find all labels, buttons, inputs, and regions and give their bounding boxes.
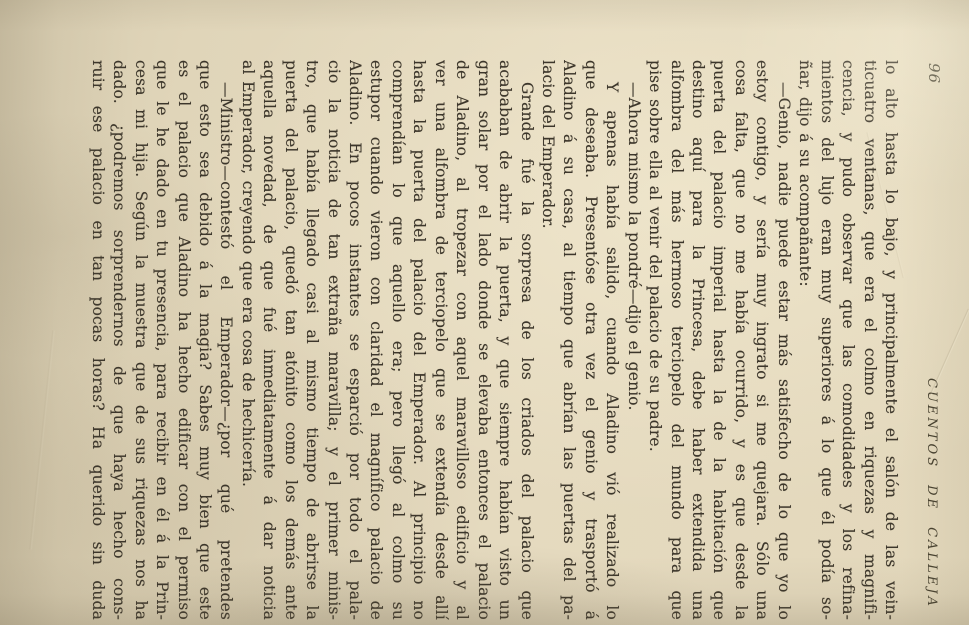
text-line: cesa mi hija. Según la muestra que de su…	[129, 60, 150, 620]
text-line: al Emperador, creyendo que era cosa de h…	[236, 60, 257, 620]
book-page-rotated: 96 CUENTOS DE CALLEJA lo alto hasta lo b…	[0, 0, 969, 625]
text-line: lo alto hasta lo bajo, y principalmente …	[880, 60, 901, 620]
text-line: hasta la puerta del palacio del Emperado…	[408, 60, 429, 620]
text-line: que esto sea debido á la magia? Sabes mu…	[194, 60, 215, 620]
text-line: —Ministro—contestó el Emperador—¿por qué…	[215, 60, 236, 620]
text-line: dado. ¿podremos sorprendernos de que hay…	[108, 60, 129, 620]
text-line: ticuatro ventanas, que era el colmo en r…	[858, 60, 879, 620]
text-line: estoy contigo, y sería muy ingrato si me…	[751, 60, 772, 620]
page-body: lo alto hasta lo bajo, y principalmente …	[86, 60, 901, 620]
text-line: tro, que había llegado casi al mismo tie…	[301, 60, 322, 620]
page-header: 96 CUENTOS DE CALLEJA	[919, 0, 943, 625]
text-line: Aladino á su casa, al tiempo que abrían …	[558, 60, 579, 620]
text-line: ruir ese palacio en tan pocas horas? Ha …	[86, 60, 107, 620]
text-line: Grande fué la sorpresa de los criados de…	[515, 60, 536, 620]
text-line: comprendían lo que aquello era; pero lle…	[387, 60, 408, 620]
scanned-book-page: 96 CUENTOS DE CALLEJA lo alto hasta lo b…	[0, 0, 969, 625]
text-line: de Aladino, al tropezar con aquel maravi…	[451, 60, 472, 620]
text-line: puerta del palacio imperial hasta la de …	[708, 60, 729, 620]
text-line: puerta del palacio, quedó tan atónito co…	[279, 60, 300, 620]
text-line: gran solar por el lado donde se elevaba …	[472, 60, 493, 620]
text-line: destino aquí para la Princesa, debe habe…	[687, 60, 708, 620]
page-number: 96	[925, 63, 943, 84]
text-line: es el palacio que Aladino ha hecho edifi…	[172, 60, 193, 620]
text-line: cosa falta, que no me había ocurrido, y …	[730, 60, 751, 620]
text-line: acababan de abrir la puerta, y que siemp…	[494, 60, 515, 620]
text-line: estupor cuando vieron con claridad el ma…	[365, 60, 386, 620]
text-line: cio la noticia de tan extraña maravilla;…	[322, 60, 343, 620]
text-line: cencia, y pudo observar que las comodida…	[837, 60, 858, 620]
text-line: pise sobre ella al venir del palacio de …	[644, 60, 665, 620]
text-line: ñar, dijo á su acompañante:	[794, 60, 815, 620]
text-line: lacio del Emperador.	[537, 60, 558, 620]
text-line: mientos del lujo eran muy superiores á l…	[815, 60, 836, 620]
text-line: que le he dado en tu presencia, para rec…	[151, 60, 172, 620]
text-line: —Genio, nadie puede estar más satisfecho…	[772, 60, 793, 620]
text-line: Y apenas había salido, cuando Aladino vi…	[601, 60, 622, 620]
text-line: Aladino. En pocos instantes se esparció …	[344, 60, 365, 620]
text-line: aquella novedad, de que fué inmediatamen…	[258, 60, 279, 620]
text-line: —Ahora mismo la pondré—dijo el genio.	[622, 60, 643, 620]
text-line: ver una alfombra de terciopelo que se ex…	[429, 60, 450, 620]
text-line: alfombra del más hermoso terciopelo del …	[665, 60, 686, 620]
text-line: que deseaba. Presentóse otra vez el geni…	[579, 60, 600, 620]
running-title: CUENTOS DE CALLEJA	[924, 378, 939, 609]
